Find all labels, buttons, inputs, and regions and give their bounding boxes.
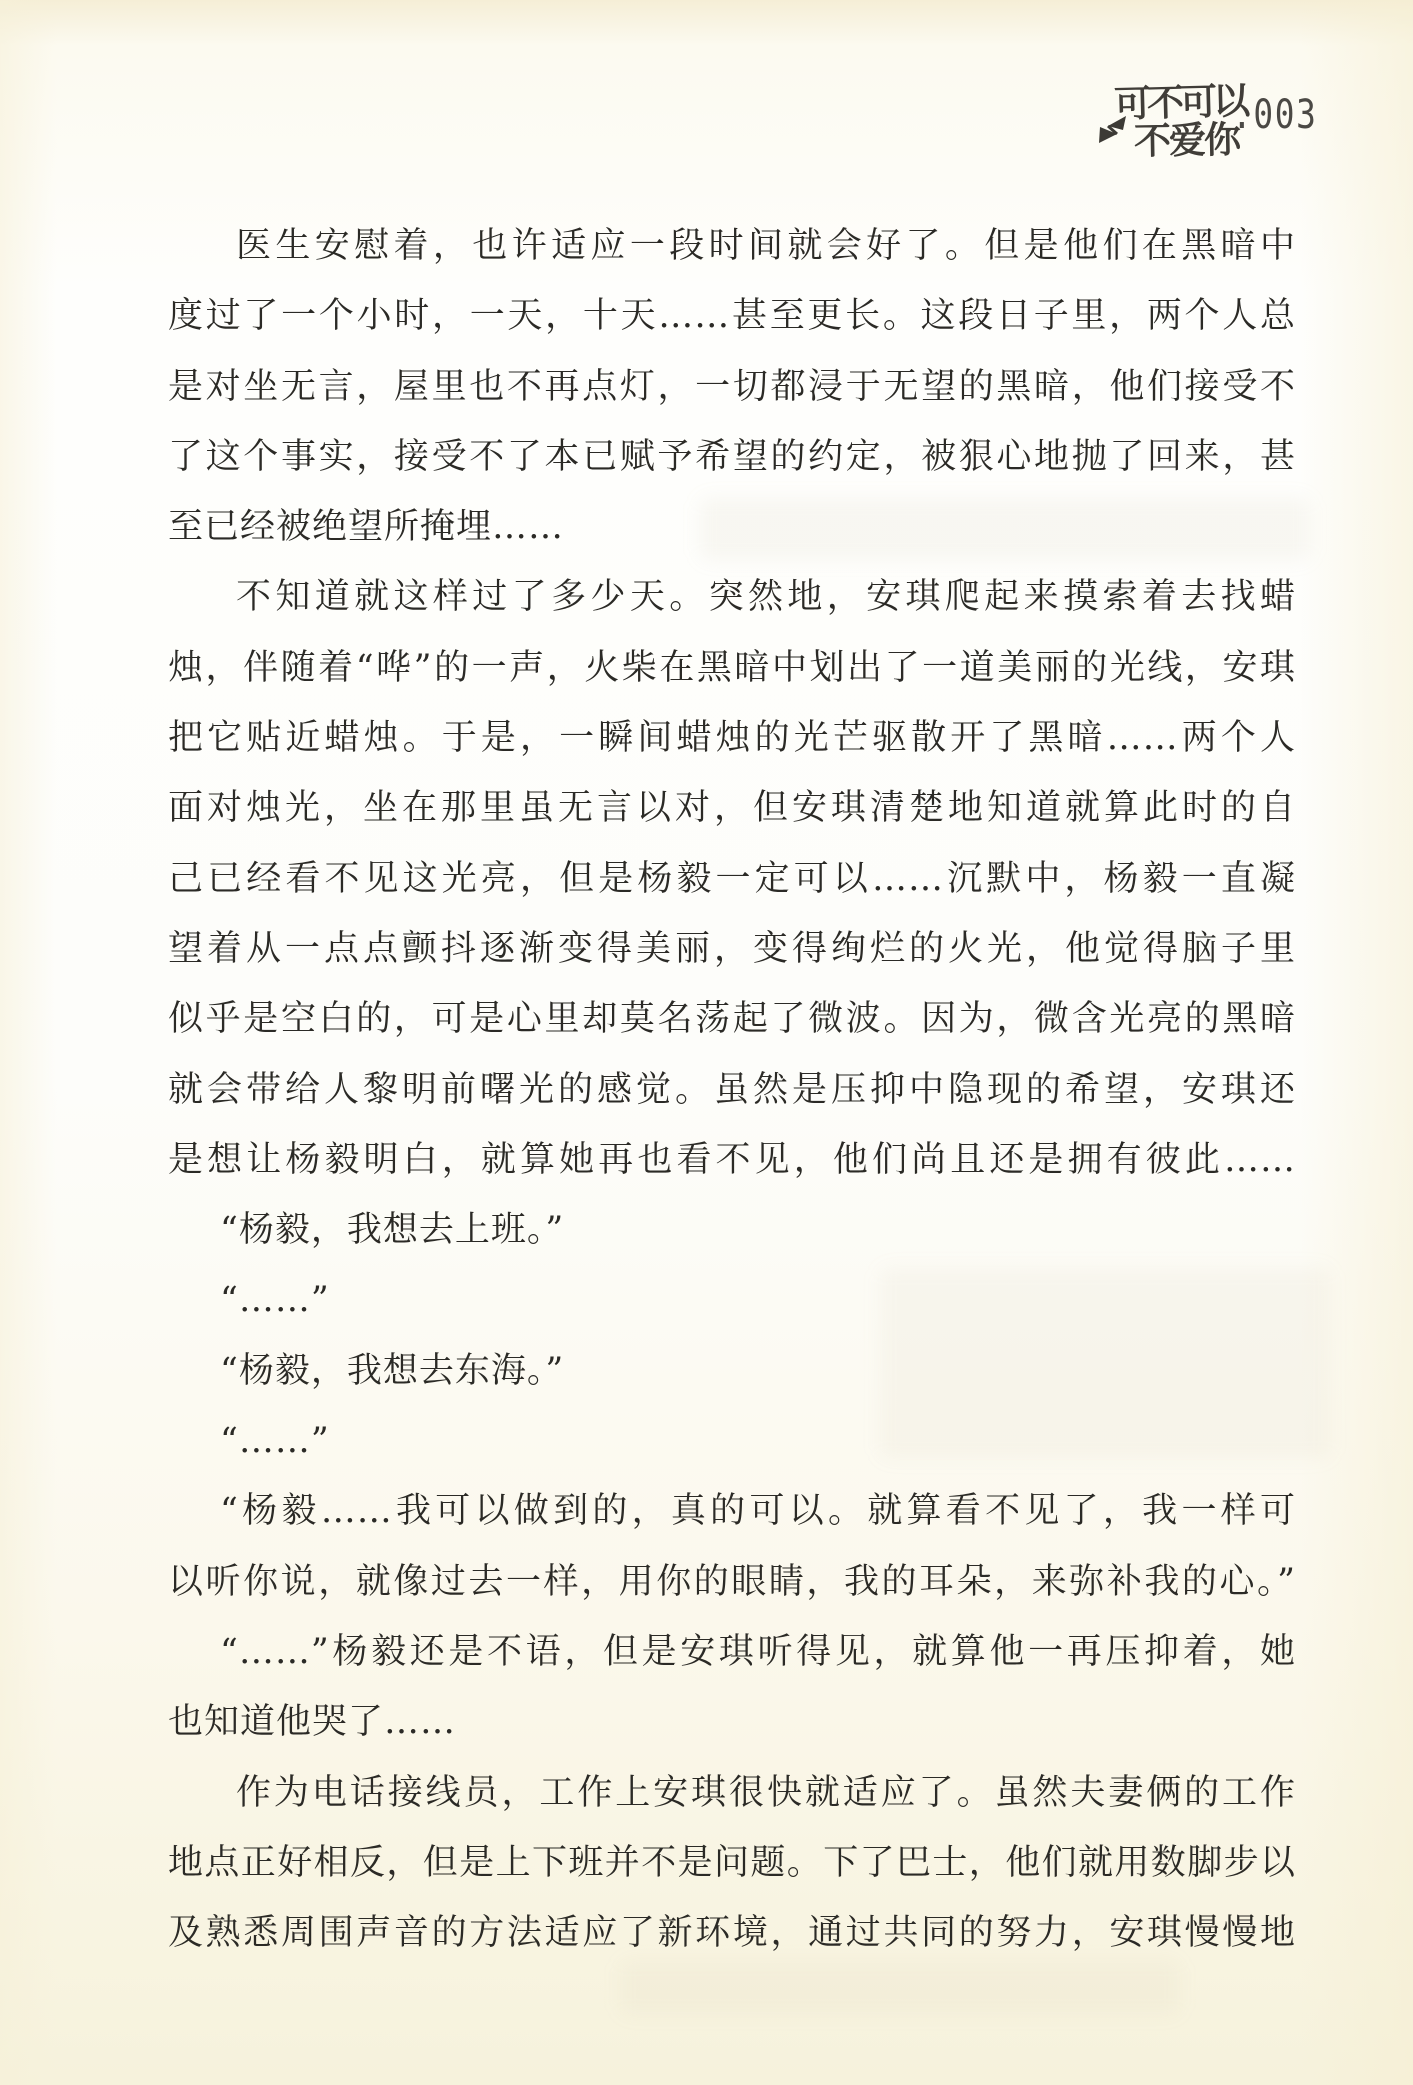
text-line: 及熟悉周围声音的方法适应了新环境，通过共同的努力，安琪慢慢地: [168, 1898, 1296, 1968]
text-line: 似乎是空白的，可是心里却莫名荡起了微波。因为，微含光亮的黑暗: [168, 984, 1296, 1054]
text-line: “……”杨毅还是不语，但是安琪听得见，就算他一再压抑着，她: [168, 1617, 1296, 1687]
body-text: 医生安慰着，也许适应一段时间就会好了。但是他们在黑暗中 度过了一个小时，一天，十…: [168, 211, 1296, 1968]
logo-title-line2: 不爱你: [1134, 109, 1240, 165]
text-line: “……”: [168, 1265, 1296, 1335]
text-line: “杨毅，我想去东海。”: [168, 1336, 1296, 1406]
text-line: 不知道就这样过了多少天。突然地，安琪爬起来摸索着去找蜡: [168, 562, 1296, 632]
text-line: 就会带给人黎明前曙光的感觉。虽然是压抑中隐现的希望，安琪还: [168, 1055, 1296, 1125]
page-number: .003: [1232, 92, 1318, 138]
text-line: 面对烛光，坐在那里虽无言以对，但安琪清楚地知道就算此时的自: [168, 773, 1296, 843]
text-line: 医生安慰着，也许适应一段时间就会好了。但是他们在黑暗中: [168, 211, 1296, 281]
text-line: 度过了一个小时，一天，十天……甚至更长。这段日子里，两个人总: [168, 281, 1296, 351]
text-line: 了这个事实，接受不了本已赋予希望的约定，被狠心地抛了回来，甚: [168, 422, 1296, 492]
text-line: 至已经被绝望所掩埋……: [168, 492, 1296, 562]
text-line: 望着从一点点颤抖逐渐变得美丽，变得绚烂的火光，他觉得脑子里: [168, 914, 1296, 984]
book-page: { "colors": { "ink": "#2b2a26", "logo-in…: [0, 0, 1413, 2085]
text-line: “……”: [168, 1406, 1296, 1476]
text-line: 烛，伴随着“哗”的一声，火柴在黑暗中划出了一道美丽的光线，安琪: [168, 633, 1296, 703]
text-line: “杨毅……我可以做到的，真的可以。就算看不见了，我一样可: [168, 1476, 1296, 1546]
text-line: 是想让杨毅明白，就算她再也看不见，他们尚且还是拥有彼此……: [168, 1125, 1296, 1195]
text-line: 是对坐无言，屋里也不再点灯，一切都浸于无望的黑暗，他们接受不: [168, 352, 1296, 422]
text-line: 以听你说，就像过去一样，用你的眼睛，我的耳朵，来弥补我的心。”: [168, 1547, 1296, 1617]
text-line: 把它贴近蜡烛。于是，一瞬间蜡烛的光芒驱散开了黑暗……两个人: [168, 703, 1296, 773]
text-line: “杨毅，我想去上班。”: [168, 1195, 1296, 1265]
text-line: 己已经看不见这光亮，但是杨毅一定可以……沉默中，杨毅一直凝: [168, 844, 1296, 914]
text-line: 也知道他哭了……: [168, 1687, 1296, 1757]
text-line: 作为电话接线员，工作上安琪很快就适应了。虽然夫妻俩的工作: [168, 1758, 1296, 1828]
text-line: 地点正好相反，但是上下班并不是问题。下了巴士，他们就用数脚步以: [168, 1828, 1296, 1898]
